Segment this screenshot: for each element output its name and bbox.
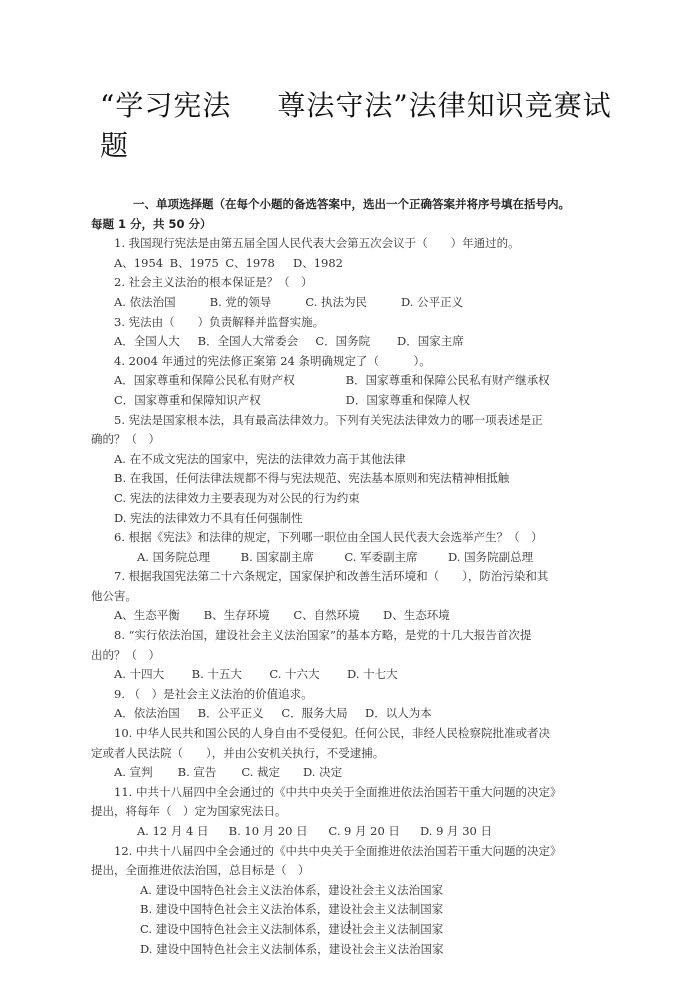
option: B. 建设中国特色社会主义法治体系，建设社会主义法制国家 (114, 900, 604, 920)
option: B．公平正义 (198, 704, 278, 724)
option: C．国家尊重和保障知识产权 (114, 391, 342, 411)
option: D. 宪法的法律效力不具有任何强制性 (114, 509, 604, 529)
question-3-options: A．全国人大 B．全国人大常委会 C．国务院 D．国家主席 (114, 332, 604, 352)
question-10: 10. 中华人民共和国公民的人身自由不受侵犯。任何公民，非经人民检察院批准或者决 (114, 724, 604, 744)
option: C. 宪法的法律效力主要表现为对公民的行为约束 (114, 489, 604, 509)
question-4-options-row2: C．国家尊重和保障知识产权 D．国家尊重和保障人权 (114, 391, 604, 411)
option: B. 宣告 (178, 763, 238, 783)
question-8-options: A. 十四大 B. 十五大 C. 十六大 D. 十七大 (114, 665, 604, 685)
title-line-2: 题 (100, 126, 620, 166)
option: A. 国务院总理 (137, 548, 237, 568)
option: D．国家主席 (397, 332, 464, 352)
question-10-cont: 定或者人民法院（ ），并由公安机关执行，不受逮捕。 (91, 744, 604, 764)
option: A. 十四大 (114, 665, 188, 685)
question-3: 3. 宪法由（ ）负责解释并监督实施。 (114, 313, 604, 333)
option: D．以人为本 (365, 704, 432, 724)
question-5-cont: 确的？（ ） (91, 430, 604, 450)
option: B、生存环境 (204, 606, 290, 626)
question-9: 9. （ ）是社会主义法治的价值追求。 (114, 685, 604, 705)
option: D. 公平正义 (401, 293, 463, 313)
question-12: 12. 中共十八届四中全会通过的《中共中央关于全面推进依法治国若干重大问题的决定… (114, 842, 604, 862)
question-8: 8. “实行依法治国，建设社会主义法治国家”的基本方略，是党的十几大报告首次提 (114, 626, 604, 646)
question-7-cont: 他公害。 (91, 587, 604, 607)
option: C、自然环境 (293, 606, 379, 626)
question-11-options: A. 12 月 4 日 B. 10 月 20 日 C. 9 月 20 日 D. … (114, 822, 604, 842)
question-12-cont: 提出，全面推进依法治国，总目标是（ ） (91, 861, 604, 881)
option: C. 十六大 (269, 665, 343, 685)
option: C. 裁定 (241, 763, 299, 783)
option: B．国家尊重和保障公民私有财产继承权 (346, 371, 550, 391)
option: A、生态平衡 (114, 606, 200, 626)
option: D、1982 (293, 254, 343, 274)
option: A. 建设中国特色社会主义法治体系，建设社会主义法治国家 (114, 881, 604, 901)
option: B. 十五大 (192, 665, 266, 685)
question-1: 1. 我国现行宪法是由第五届全国人民代表大会第五次会议于（ ）年通过的。 (114, 234, 604, 254)
option: A、1954 (114, 254, 166, 274)
option: B、1975 (170, 254, 222, 274)
option: A．依法治国 (114, 704, 194, 724)
option: B. 国家副主席 (241, 548, 341, 568)
question-4: 4. 2004 年通过的宪法修正案第 24 条明确规定了（ ）。 (114, 352, 604, 372)
question-8-cont: 出的？（ ） (91, 646, 604, 666)
option: B. 在我国，任何法律法规都不得与宪法规范、宪法基本原则和宪法精神相抵触 (114, 469, 604, 489)
option: D. 9 月 30 日 (420, 822, 492, 842)
option: A. 12 月 4 日 (137, 822, 225, 842)
question-6-options: A. 国务院总理 B. 国家副主席 C. 军委副主席 D. 国务院副总理 (114, 548, 604, 568)
question-11-cont: 提出，将每年（ ）定为国家宪法日。 (91, 802, 604, 822)
title-part-1: “学习宪法 (100, 89, 231, 122)
question-4-options-row1: A．国家尊重和保障公民私有财产权 B．国家尊重和保障公民私有财产继承权 (114, 371, 604, 391)
option: C．国务院 (315, 332, 393, 352)
option: A．全国人大 (114, 332, 194, 352)
option: D. 决定 (303, 763, 342, 783)
option: C. 军委副主席 (344, 548, 444, 568)
option: C. 执法为民 (305, 293, 397, 313)
exam-content: 一、单项选择题（在每个小题的备选答案中，选出一个正确答案并将序号填在括号内。 每… (114, 195, 604, 959)
question-6: 6. 根据《宪法》和法律的规定，下列哪一职位由全国人民代表大会选举产生？（ ） (114, 528, 604, 548)
question-1-options: A、1954 B、1975 C、1978 D、1982 (114, 254, 604, 274)
question-10-options: A. 宣判 B. 宣告 C. 裁定 D. 决定 (114, 763, 604, 783)
section-heading-cont: 每题 1 分，共 50 分） (91, 215, 604, 235)
section-heading: 一、单项选择题（在每个小题的备选答案中，选出一个正确答案并将序号填在括号内。 (110, 195, 604, 215)
question-9-options: A．依法治国 B．公平正义 C．服务大局 D．以人为本 (114, 704, 604, 724)
question-2: 2. 社会主义法治的根本保证是？（ ） (114, 273, 604, 293)
option: B. 10 月 20 日 (229, 822, 325, 842)
question-5: 5. 宪法是国家根本法，具有最高法律效力。下列有关宪法法律效力的哪一项表述是正 (114, 411, 604, 431)
option: C、1978 (225, 254, 289, 274)
option: D. 建设中国特色社会主义法制体系，建设社会主义法治国家 (114, 940, 604, 960)
option: D、生态环境 (383, 606, 450, 626)
question-7-options: A、生态平衡 B、生存环境 C、自然环境 D、生态环境 (114, 606, 604, 626)
page-number: 1 (346, 919, 353, 932)
title-part-2: 尊法守法”法律知识竞赛试 (277, 89, 611, 122)
option: D．国家尊重和保障人权 (346, 391, 470, 411)
option: D. 国务院副总理 (448, 548, 533, 568)
option: A. 依法治国 (114, 293, 206, 313)
option: A. 宣判 (114, 763, 174, 783)
question-11: 11. 中共十八届四中全会通过的《中共中央关于全面推进依法治国若干重大问题的决定… (114, 783, 604, 803)
question-7: 7. 根据我国宪法第二十六条规定，国家保护和改善生活环境和（ ），防治污染和其 (114, 567, 604, 587)
option: B．全国人大常委会 (198, 332, 312, 352)
option: A．国家尊重和保障公民私有财产权 (114, 371, 342, 391)
option: C. 9 月 20 日 (328, 822, 416, 842)
option: B. 党的领导 (210, 293, 302, 313)
document-title: “学习宪法尊法守法”法律知识竞赛试 题 (100, 86, 620, 166)
question-2-options: A. 依法治国 B. 党的领导 C. 执法为民 D. 公平正义 (114, 293, 604, 313)
option: A. 在不成文宪法的国家中，宪法的法律效力高于其他法律 (114, 450, 604, 470)
option: C. 建设中国特色社会主义法制体系，建设社会主义法制国家 (114, 920, 604, 940)
option: C．服务大局 (281, 704, 361, 724)
option: D. 十七大 (347, 665, 398, 685)
